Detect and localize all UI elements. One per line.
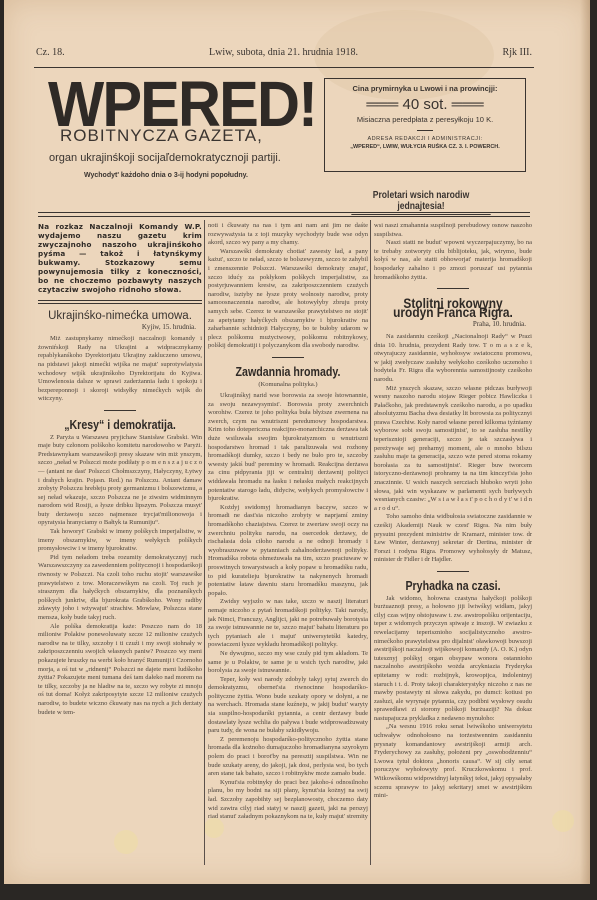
article-dateline: Kyjiw, 15. hrudnia. xyxy=(38,323,196,332)
editorial-notice: Na rozkaz Naczalnoji Komandy W.P. wydaje… xyxy=(38,222,202,294)
divider xyxy=(437,288,469,289)
divider xyxy=(437,571,469,572)
article-paragraph: Z Paryża u Warszawu pryjichaw Stanisław … xyxy=(38,434,202,529)
party-organ-line: organ ukrajinśkoji socijaľdemokratycznoj… xyxy=(49,152,281,164)
place-date: Lwiw, subota, dnia 21. hrudnia 1918. xyxy=(209,47,358,58)
article-paragraph: Jak widomo, hołowna czastyna hałyćkoji p… xyxy=(374,595,532,724)
article-paragraph: Miż ynszych skazaw, szczo własne pidczas… xyxy=(374,385,532,514)
price-label: Cina prymirnyka u Lwowi i na prowincjji: xyxy=(325,84,525,93)
article-title: Ukrajinśko-nimećka umowa. xyxy=(38,312,202,321)
double-rule xyxy=(38,300,202,304)
article-paragraph: noti i ćkuwaty na nas i tym ani nam ani … xyxy=(208,222,368,248)
price-box: Cina prymirnyka u Lwowi i na prowincjji:… xyxy=(324,78,526,172)
address-label: ADRESA REDAKCJI I ADMINISTRACJI: xyxy=(325,136,525,142)
divider xyxy=(417,130,433,131)
article-title: „Kresy“ i demokratija. xyxy=(50,421,189,430)
masthead-double-rule xyxy=(38,212,530,217)
price-value: ═══ 40 sot. ═══ xyxy=(325,96,525,113)
article-paragraph: Kynut'sia robitnyky do praci bez jakoho-… xyxy=(208,779,368,822)
article-subtitle: (Komunalna polityka.) xyxy=(208,381,368,390)
column-2: noti i ćkuwaty na nas i tym ani nam ani … xyxy=(208,222,368,822)
year-number: Rjk III. xyxy=(503,47,532,58)
newspaper-subtitle: ROBITNYCZA GAZETA, xyxy=(60,126,263,146)
article-paragraph: Warszawśki demokraty chotiat' zawesty ła… xyxy=(208,248,368,351)
newspaper-page: Cz. 18. Lwiw, subota, dnia 21. hrudnia 1… xyxy=(4,0,590,884)
article-paragraph: Teper, koły wsi narody zdobyly takyj syt… xyxy=(208,676,368,736)
article-paragraph: Na zasidanniu cześkoji „Nacionalnoji Rad… xyxy=(374,333,532,385)
column-3: wsi naszi zmahannia suspilnoji perebudow… xyxy=(374,222,532,801)
issue-header: Cz. 18. Lwiw, subota, dnia 21. hrudnia 1… xyxy=(34,43,534,68)
column-divider xyxy=(370,220,371,865)
article-dateline: Praha, 10. hrudnia. xyxy=(374,320,526,329)
article-title: Stolitni rokowyny urodyn Franca Rigra. xyxy=(386,299,520,316)
article-title: Pryhadka na czasi. xyxy=(386,582,520,591)
article-title: Zawdannia hromady. xyxy=(220,368,356,377)
subscription-info: Misiaczna peredpłata z peresyłkoju 10 K. xyxy=(325,115,525,124)
article-paragraph: Zwidsy wyjszło w nas take, szczo w naszi… xyxy=(208,598,368,650)
article-paragraph: Ale polśka demokratija każe: Poszczo nam… xyxy=(38,623,202,718)
editorial-address: „WPERED“, LWIW, WUŁYCIA RUŚKA CZ. 3. I. … xyxy=(325,144,525,150)
issue-number: Cz. 18. xyxy=(36,47,65,58)
article-paragraph: Toho samoho dnia widbułosia swiatoczne z… xyxy=(374,513,532,565)
article-paragraph: Z peremenoju hospodarśko-politycznoho ży… xyxy=(208,736,368,779)
article-paragraph: Kożdyj swidomyj hromadianyn baczyw, szcz… xyxy=(208,504,368,599)
publication-schedule: Wychodyt' każdoho dnia o 3-ij hodyni pop… xyxy=(84,172,248,179)
article-paragraph: Naszi statti ne budut' wpowni wyczerpaju… xyxy=(374,239,532,282)
article-paragraph: Ukrajinśkyj narid wse borowsia za swoje … xyxy=(208,392,368,504)
article-paragraph: wsi naszi zmahannia suspilnoji perebudow… xyxy=(374,222,532,239)
article-paragraph: Tak howoryt' Grabski w imeny polśkych im… xyxy=(38,528,202,554)
divider xyxy=(104,410,136,411)
column-divider xyxy=(204,220,205,865)
column-1: Na rozkaz Naczalnoji Komandy W.P. wydaje… xyxy=(38,222,202,717)
divider xyxy=(272,357,304,358)
article-paragraph: Ne dywujmo, szczo my wse czuly pid tym a… xyxy=(208,650,368,676)
article-paragraph: „Na wesnu 1916 roku senat lwiwśkoho uniw… xyxy=(374,723,532,800)
article-paragraph: Pid tym neładom treba rozumity demokraty… xyxy=(38,554,202,623)
article-paragraph: Miż zastupnykamy nimećkoji naczalnoji ko… xyxy=(38,335,202,404)
